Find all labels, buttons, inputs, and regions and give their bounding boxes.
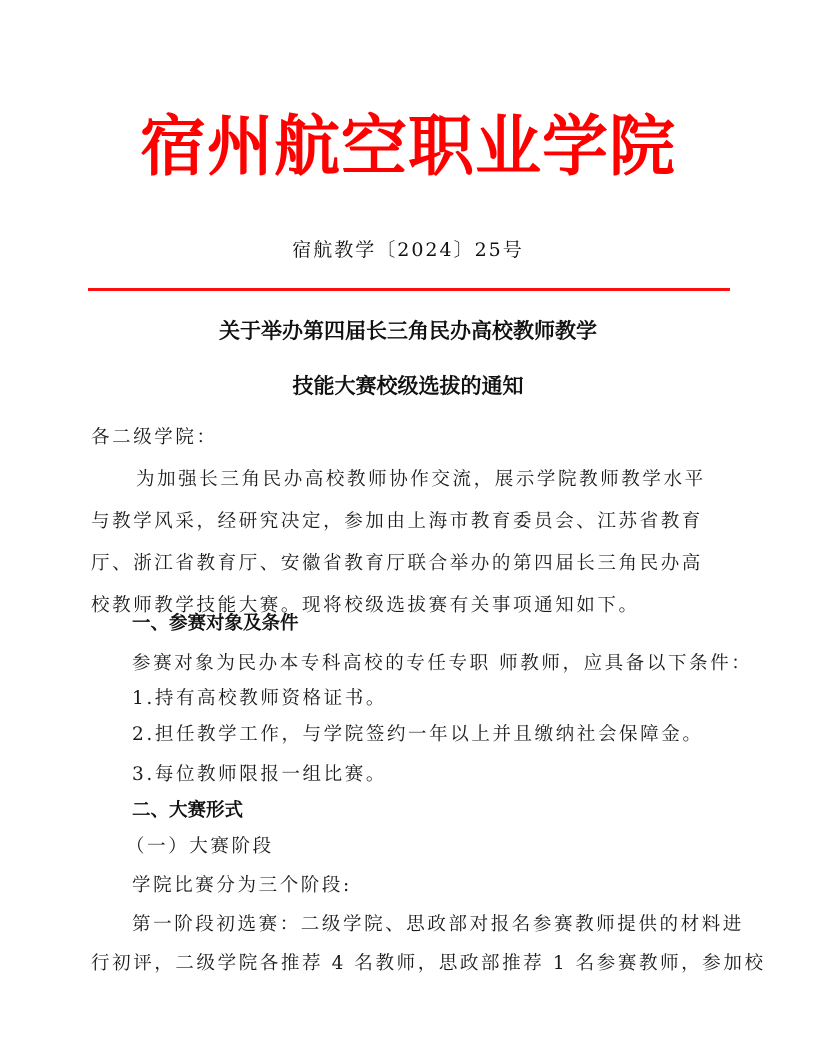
eligibility-condition-3: 3.每位教师限报一组比赛。 [132,762,387,788]
stages-text-line: 学院比赛分为三个阶段: [132,873,352,899]
eligibility-text-line: 参赛对象为民办本专科高校的专任专职 师教师，应具备以下条件： [132,651,752,677]
red-divider-rule [88,288,730,291]
intro-paragraph-line: 与教学风采，经研究决定，参加由上海市教育委员会、江苏省教育 [91,509,703,535]
institution-masthead: 宿州航空职业学院 [0,100,816,192]
intro-paragraph-line: 为加强长三角民办高校教师协作交流，展示学院教师教学水平 [136,467,706,493]
eligibility-condition-1: 1.持有高校教师资格证书。 [132,686,387,712]
section-heading-eligibility: 一、参赛对象及条件 [132,611,299,637]
stages-text-line: 行初评，二级学院各推荐 4 名教师，思政部推荐 1 名参赛教师，参加校 [91,951,766,977]
eligibility-condition-2: 2.担任教学工作，与学院签约一年以上并且缴纳社会保障金。 [132,722,703,748]
notice-title-line-1: 关于举办第四届长三角民办高校教师教学 [0,316,816,346]
stages-text-line: 第一阶段初选赛：二级学院、思政部对报名参赛教师提供的材料进 [132,912,744,938]
document-page: 宿州航空职业学院 宿航教学〔2024〕25号 关于举办第四届长三角民办高校教师教… [0,0,816,1056]
document-number: 宿航教学〔2024〕25号 [0,236,816,264]
section-heading-format: 二、大赛形式 [132,798,243,824]
subsection-heading-stages: （一）大赛阶段 [126,834,274,860]
salutation: 各二级学院： [91,425,218,451]
intro-paragraph-line: 厅、浙江省教育厅、安徽省教育厅联合举办的第四届长三角民办高 [91,551,703,577]
notice-title-line-2: 技能大赛校级选拔的通知 [0,371,816,401]
